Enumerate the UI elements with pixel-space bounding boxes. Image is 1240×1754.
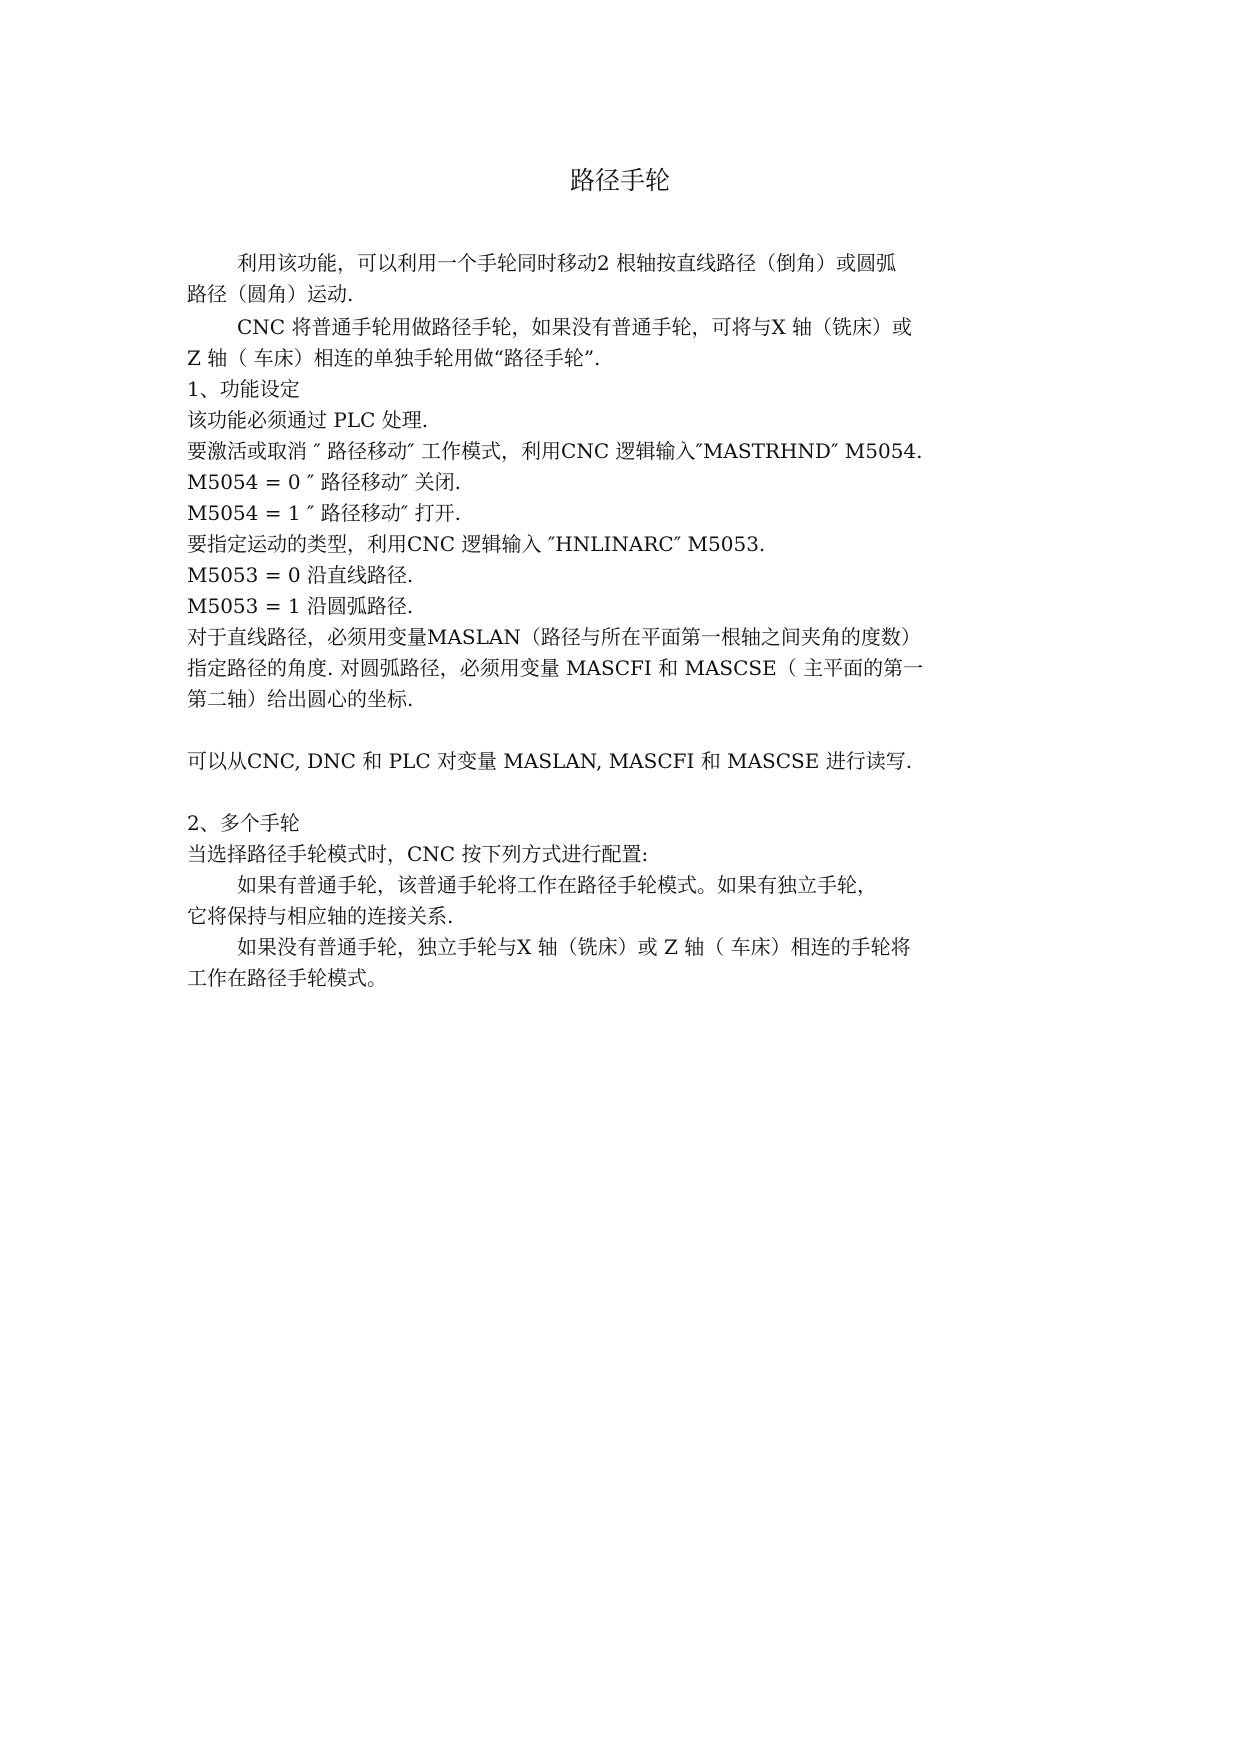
text-line: 路径（圆角）运动. [187,281,353,307]
text-line: 如果有普通手轮，该普通手轮将工作在路径手轮模式。如果有独立手轮， [237,872,877,898]
text-line: CNC 将普通手轮用做路径手轮，如果没有普通手轮，可将与X 轴（铣床）或 [237,314,912,340]
text-line: 对于直线路径，必须用变量MASLAN（路径与所在平面第一根轴之间夹角的度数） [187,624,921,650]
page-title: 路径手轮 [0,166,1240,196]
text-line: 要激活或取消 ″ 路径移动″ 工作模式，利用CNC 逻辑输入″MASTRHND″… [187,438,923,464]
text-line: M5054 = 0 ″ 路径移动″ 关闭. [187,469,461,495]
document-page: 路径手轮 利用该功能，可以利用一个手轮同时移动2 根轴按直线路径（倒角）或圆弧路… [0,0,1240,1754]
text-line: 该功能必须通过 PLC 处理. [187,407,428,433]
text-line: M5053 = 1 沿圆弧路径. [187,593,413,619]
text-line: M5054 = 1 ″ 路径移动″ 打开. [187,500,461,526]
text-line: 1、功能设定 [187,376,300,402]
text-line: 当选择路径手轮模式时，CNC 按下列方式进行配置: [187,841,648,867]
text-line: 如果没有普通手轮，独立手轮与X 轴（铣床）或 Z 轴（ 车床）相连的手轮将 [237,934,911,960]
text-line: Z 轴（ 车床）相连的单独手轮用做“路径手轮”. [187,345,600,371]
text-line: 可以从CNC, DNC 和 PLC 对变量 MASLAN, MASCFI 和 M… [187,748,912,774]
text-line: M5053 = 0 沿直线路径. [187,562,413,588]
text-line: 要指定运动的类型，利用CNC 逻辑输入 ″HNLINARC″ M5053. [187,531,765,557]
text-line: 指定路径的角度. 对圆弧路径，必须用变量 MASCFI 和 MASCSE（ 主平… [187,655,923,681]
text-line: 它将保持与相应轴的连接关系. [187,903,453,929]
text-line: 工作在路径手轮模式。 [187,965,387,991]
text-line: 利用该功能，可以利用一个手轮同时移动2 根轴按直线路径（倒角）或圆弧 [237,250,896,276]
text-line: 第二轴）给出圆心的坐标. [187,686,413,712]
text-line: 2、多个手轮 [187,810,300,836]
